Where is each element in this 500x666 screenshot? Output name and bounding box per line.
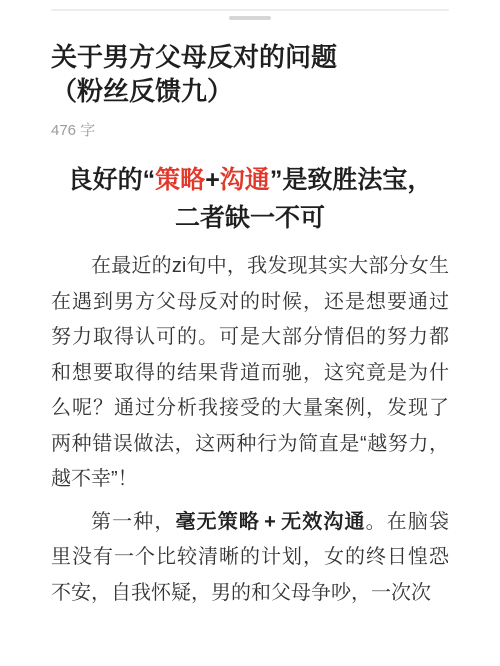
drag-handle-icon[interactable] bbox=[229, 16, 271, 20]
article-headline: 良好的“策略+沟通”是致胜法宝， 二者缺一不可 bbox=[51, 161, 449, 237]
headline-line2: 二者缺一不可 bbox=[51, 199, 449, 237]
article-title: 关于男方父母反对的问题 （粉丝反馈九） bbox=[51, 40, 449, 108]
text-run: 在最近的zi旬中，我发现其实大部分女生在遇到男方父母反对的时候，还是想要通过努力… bbox=[51, 255, 449, 490]
article-title-line2: （粉丝反馈九） bbox=[51, 74, 449, 108]
paragraph: 第一种，毫无策略+无效沟通。在脑袋里没有一个比较清晰的计划，女的终日惶恐不安，自… bbox=[51, 505, 449, 612]
text-run: 第一种， bbox=[91, 511, 176, 533]
emphasis-run: 无效沟通 bbox=[280, 511, 366, 533]
emphasis-run: + bbox=[260, 505, 280, 541]
paragraph: 在最近的zi旬中，我发现其实大部分女生在遇到男方父母反对的时候，还是想要通过努力… bbox=[51, 249, 449, 498]
headline-highlight: 沟通 bbox=[220, 166, 270, 194]
headline-text: 良好的“ bbox=[68, 166, 156, 194]
headline-text: ”是致胜法宝， bbox=[270, 166, 433, 194]
headline-text: + bbox=[205, 166, 220, 194]
emphasis-run: 毫无策略 bbox=[176, 511, 261, 533]
note-page: 关于男方父母反对的问题 （粉丝反馈九） 476 字 良好的“策略+沟通”是致胜法… bbox=[0, 0, 500, 666]
headline-line1: 良好的“策略+沟通”是致胜法宝， bbox=[51, 161, 449, 199]
word-count: 476 字 bbox=[51, 119, 449, 140]
article-body: 在最近的zi旬中，我发现其实大部分女生在遇到男方父母反对的时候，还是想要通过努力… bbox=[51, 249, 449, 611]
headline-highlight: 策略 bbox=[155, 166, 205, 194]
sheet-top-divider bbox=[51, 9, 449, 11]
article-title-line1: 关于男方父母反对的问题 bbox=[51, 40, 449, 74]
